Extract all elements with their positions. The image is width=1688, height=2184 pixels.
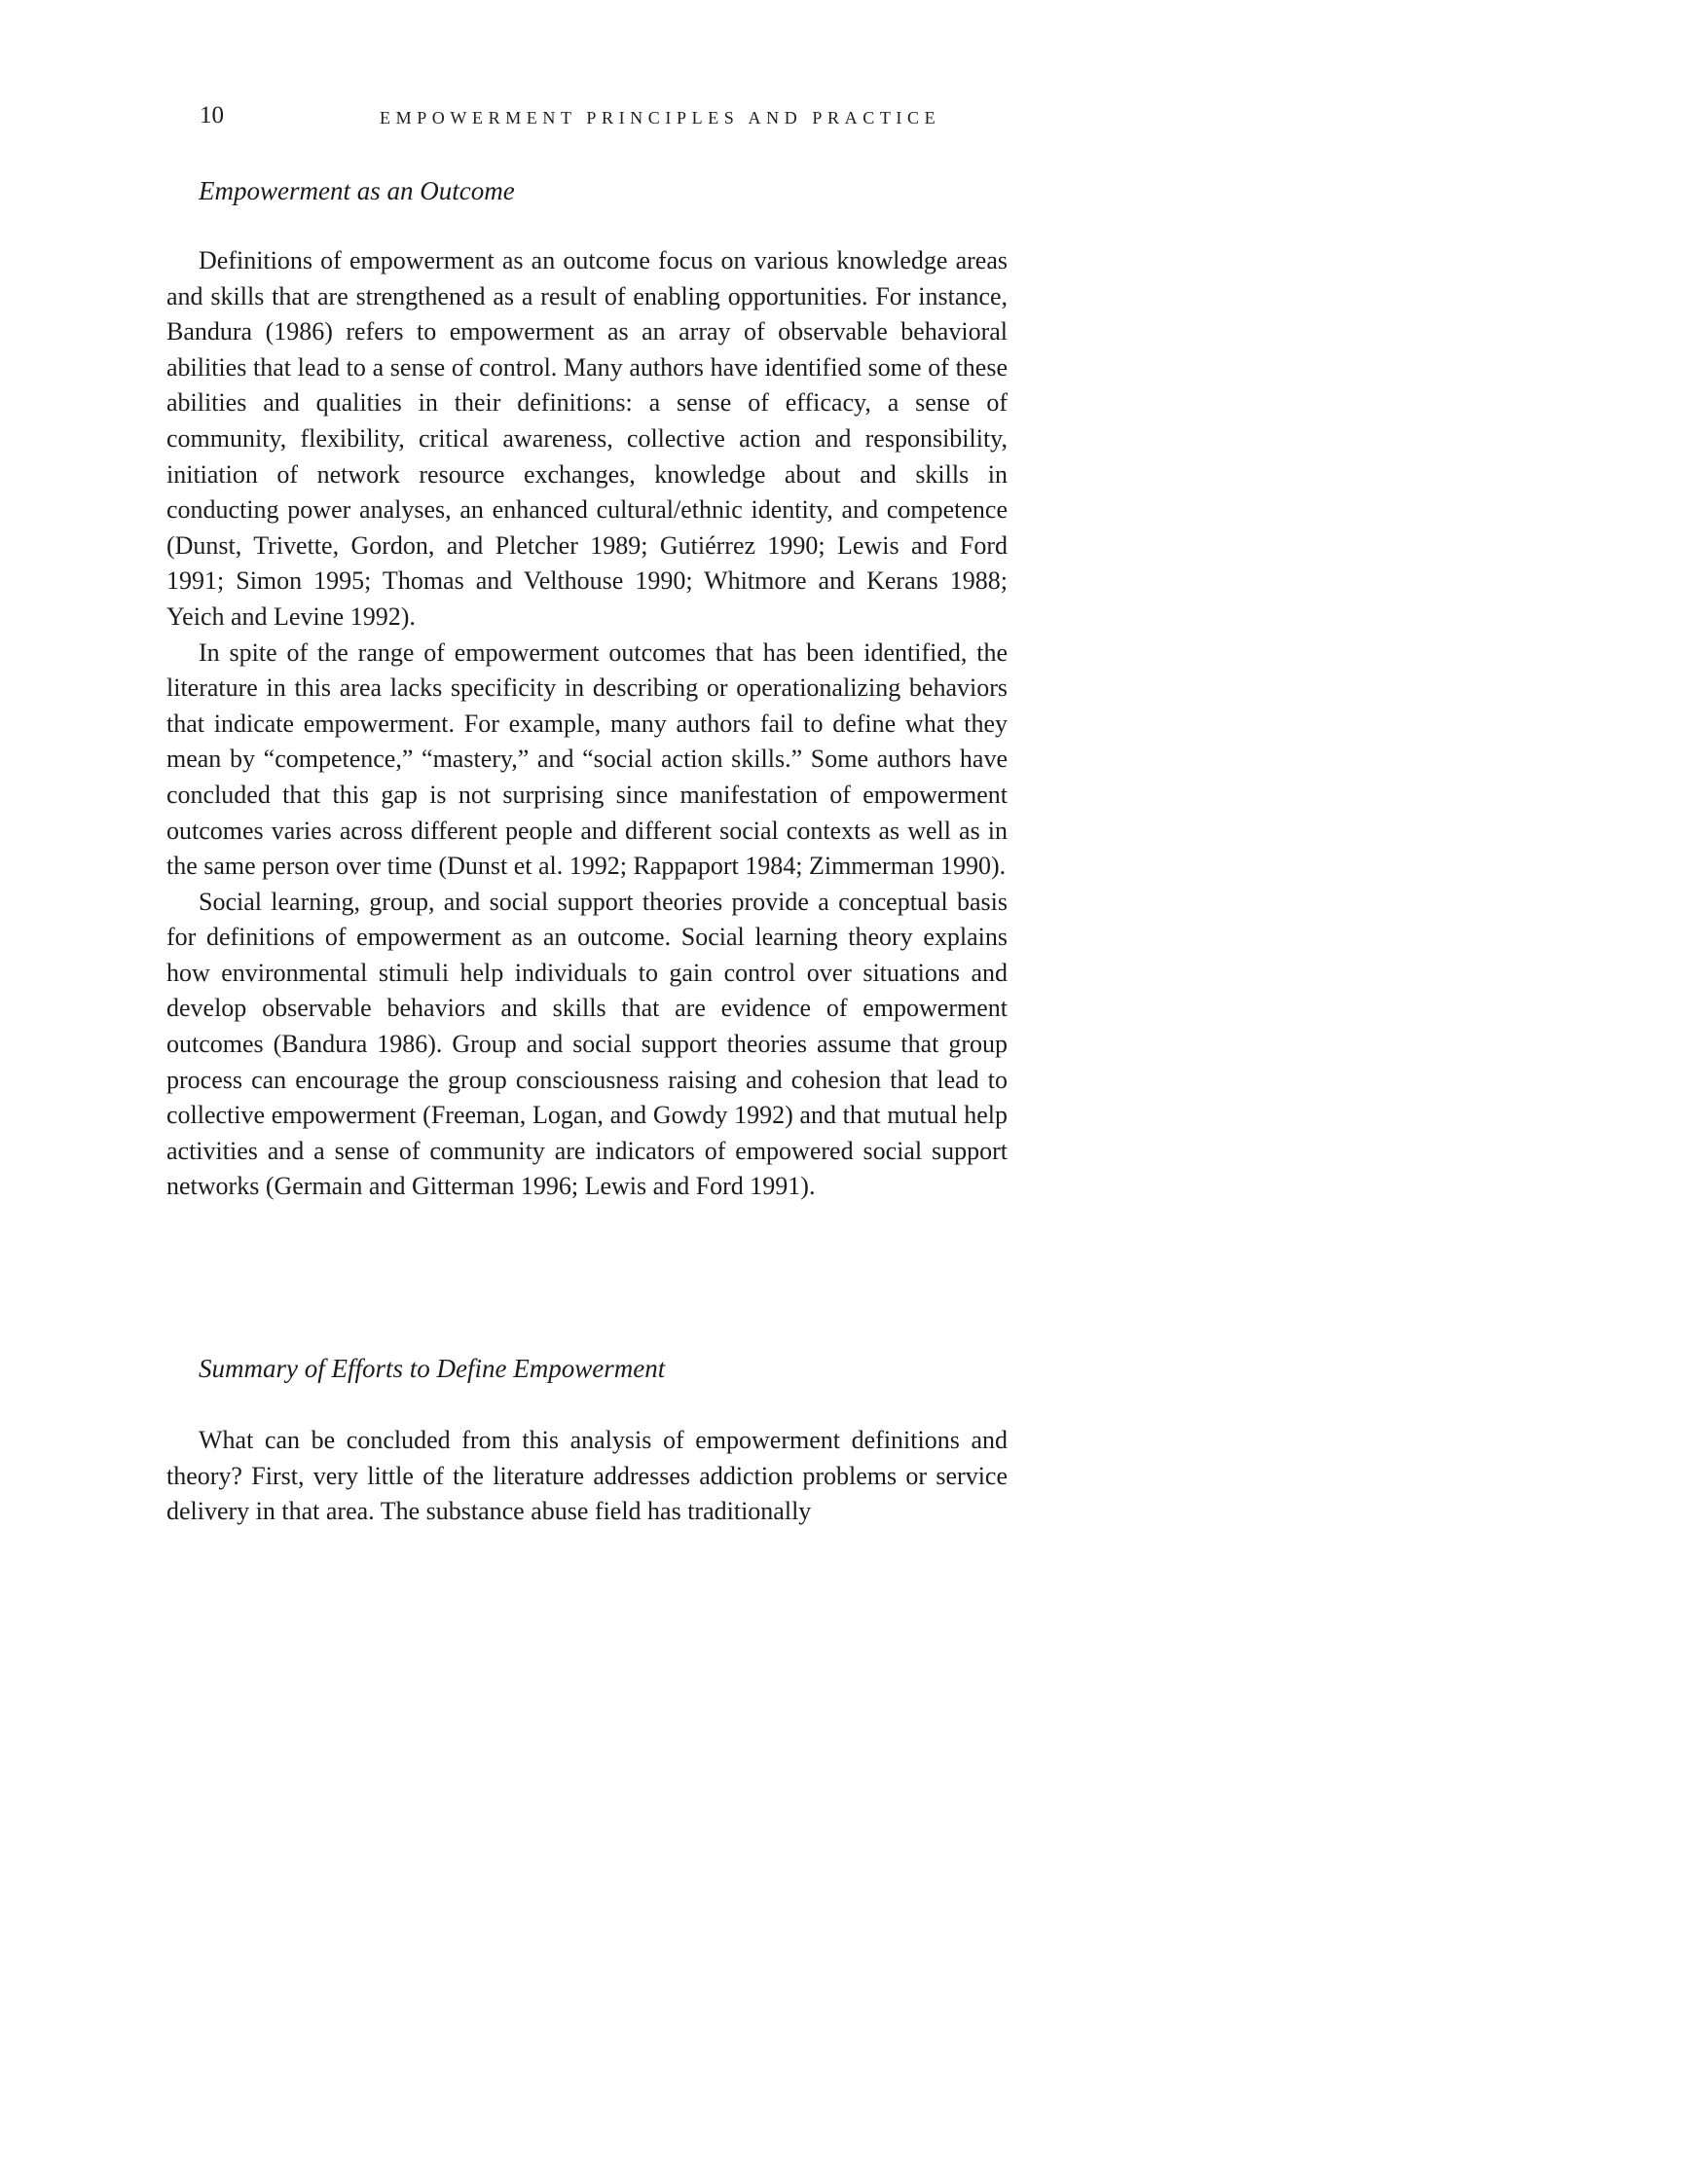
book-page: 10 Empowerment Principles and Practice E… bbox=[0, 0, 1688, 2184]
running-title: Empowerment Principles and Practice bbox=[380, 104, 940, 131]
paragraph: Definitions of empowerment as an outcome… bbox=[166, 243, 1008, 636]
section-heading-outcome: Empowerment as an Outcome bbox=[199, 173, 515, 208]
paragraph: Social learning, group, and social suppo… bbox=[166, 885, 1008, 1205]
section-heading-summary: Summary of Efforts to Define Empowerment bbox=[199, 1351, 665, 1386]
section-body-outcome: Definitions of empowerment as an outcome… bbox=[166, 243, 1008, 1205]
running-head: 10 Empowerment Principles and Practice bbox=[200, 101, 978, 130]
paragraph: What can be concluded from this analysis… bbox=[166, 1423, 1008, 1530]
page-number: 10 bbox=[200, 101, 224, 130]
section-body-summary: What can be concluded from this analysis… bbox=[166, 1423, 1008, 1530]
paragraph: In spite of the range of empowerment out… bbox=[166, 636, 1008, 885]
